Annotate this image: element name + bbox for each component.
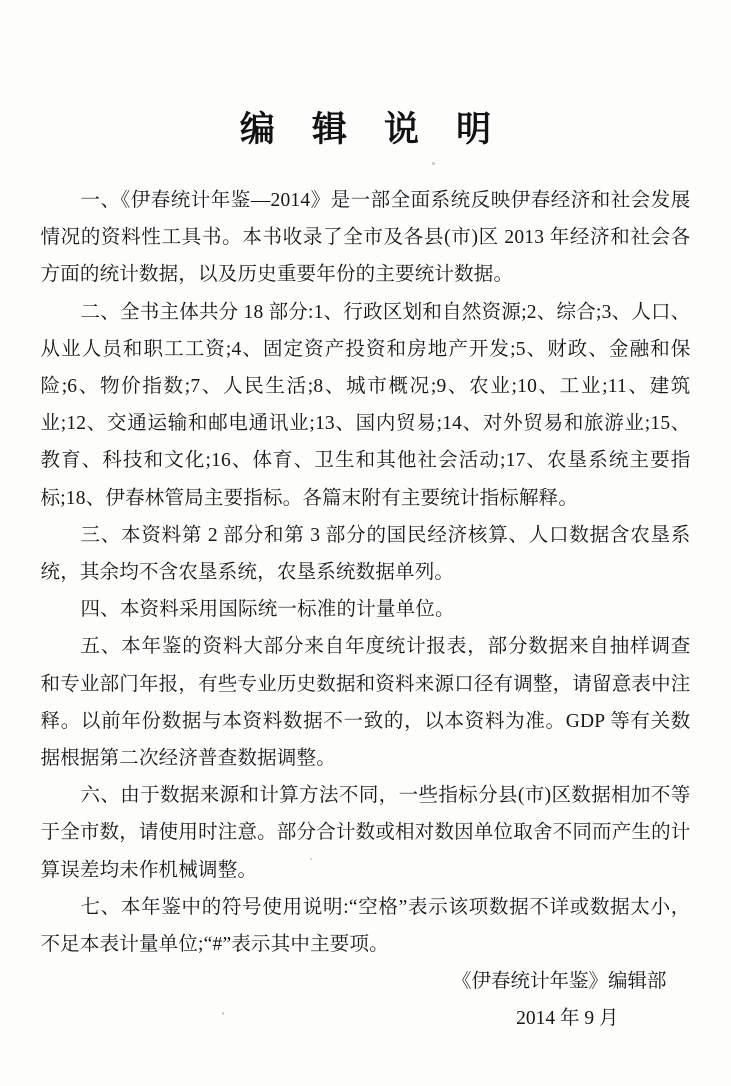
scan-speck	[222, 1012, 224, 1015]
paragraph-2-structure: 二、全书主体共分 18 部分:1、行政区划和自然资源;2、综合;3、人口、从业人…	[41, 294, 691, 517]
paragraph-3-coverage: 三、本资料第 2 部分和第 3 部分的国民经济核算、人口数据含农垦系统，其余均不…	[41, 517, 691, 591]
paragraph-4-units: 四、本资料采用国际统一标准的计量单位。	[41, 591, 691, 628]
signature-date: 2014 年 9 月	[41, 1000, 691, 1037]
paragraph-1-overview: 一、《伊春统计年鉴—2014》是一部全面系统反映伊春经济和社会发展情况的资料性工…	[41, 182, 691, 294]
scanned-document-page: 编辑说明 一、《伊春统计年鉴—2014》是一部全面系统反映伊春经济和社会发展情况…	[0, 0, 731, 1086]
signature-editor: 《伊春统计年鉴》编辑部	[41, 963, 691, 1000]
scan-speck	[432, 162, 435, 165]
document-body: 一、《伊春统计年鉴—2014》是一部全面系统反映伊春经济和社会发展情况的资料性工…	[41, 182, 691, 963]
paragraph-5-sources: 五、本年鉴的资料大部分来自年度统计报表，部分数据来自抽样调查和专业部门年报，有些…	[41, 628, 691, 777]
scan-speck	[310, 858, 312, 860]
page-title: 编辑说明	[0, 0, 731, 152]
signature-block: 《伊春统计年鉴》编辑部 2014 年 9 月	[41, 963, 691, 1037]
paragraph-6-discrepancies: 六、由于数据来源和计算方法不同，一些指标分县(市)区数据相加不等于全市数，请使用…	[41, 777, 691, 889]
paragraph-7-symbols: 七、本年鉴中的符号使用说明:“空格”表示该项数据不详或数据太小，不足本表计量单位…	[41, 889, 691, 963]
